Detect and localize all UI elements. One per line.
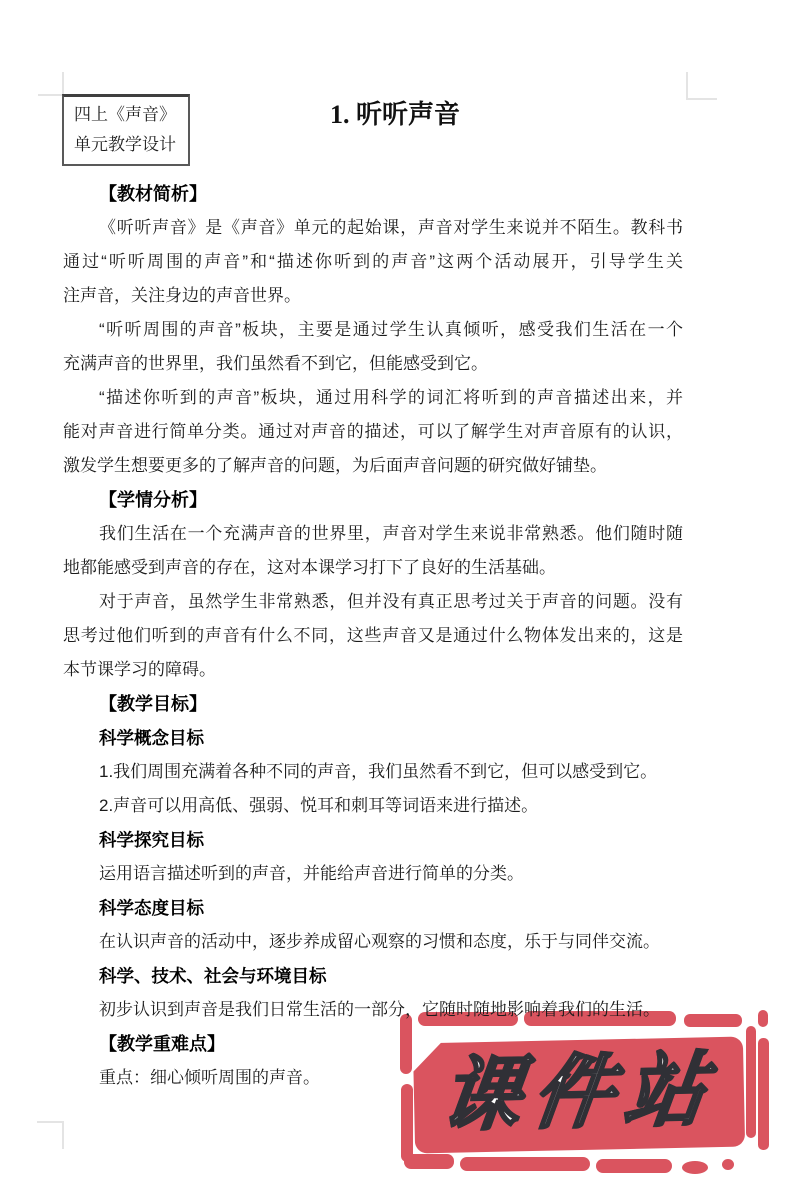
body-line: “描述你听到的声音”板块，通过用科学的词汇将听到的声音描述出来，并 (63, 381, 683, 415)
crop-mark-top-left-horizontal (38, 94, 64, 96)
unit-label-line1: 四上《声音》 (74, 100, 182, 130)
stamp-border-segment (684, 1014, 742, 1027)
body-line: 重点：细心倾听周围的声音。 (63, 1061, 683, 1095)
subsection-heading: 科学探究目标 (63, 823, 683, 857)
body-line: 初步认识到声音是我们日常生活的一部分，它随时随地影响着我们的生活。 (63, 993, 683, 1027)
body-line: “听听周围的声音”板块，主要是通过学生认真倾听，感受我们生活在一个 (63, 313, 683, 347)
section-heading: 【教学目标】 (63, 687, 683, 721)
body-line: 本节课学习的障碍。 (63, 653, 683, 687)
crop-mark-top-left-vertical (62, 72, 64, 96)
body-line: 《听听声音》是《声音》单元的起始课，声音对学生来说并不陌生。教科书 (63, 211, 683, 245)
crop-mark-bottom-left-vertical (62, 1121, 64, 1149)
body-line: 通过“听听周围的声音”和“描述你听到的声音”这两个活动展开，引导学生关 (63, 245, 683, 279)
crop-mark-top-right-vertical (686, 72, 688, 100)
body-line: 我们生活在一个充满声音的世界里，声音对学生来说非常熟悉。他们随时随 (63, 517, 683, 551)
body-line: 运用语言描述听到的声音，并能给声音进行简单的分类。 (63, 857, 683, 891)
subsection-heading: 科学、技术、社会与环境目标 (63, 959, 683, 993)
crop-mark-bottom-left-horizontal (37, 1121, 64, 1123)
crop-mark-top-right-horizontal (686, 98, 717, 100)
document-body: 【教材简析】 《听听声音》是《声音》单元的起始课，声音对学生来说并不陌生。教科书… (63, 177, 683, 1095)
stamp-border-dot (682, 1161, 708, 1174)
stamp-border-dot (722, 1159, 734, 1170)
section-heading: 【教材简析】 (63, 177, 683, 211)
stamp-border-segment (758, 1038, 769, 1150)
body-line: 激发学生想要更多的了解声音的问题，为后面声音问题的研究做好铺垫。 (63, 449, 683, 483)
body-line: 1.我们周围充满着各种不同的声音，我们虽然看不到它，但可以感受到它。 (63, 755, 683, 789)
body-line: 充满声音的世界里，我们虽然看不到它，但能感受到它。 (63, 347, 683, 381)
subsection-heading: 科学概念目标 (63, 721, 683, 755)
subsection-heading: 科学态度目标 (63, 891, 683, 925)
section-heading: 【学情分析】 (63, 483, 683, 517)
body-line: 思考过他们听到的声音有什么不同，这些声音又是通过什么物体发出来的，这是 (63, 619, 683, 653)
body-line: 2.声音可以用高低、强弱、悦耳和刺耳等词语来进行描述。 (63, 789, 683, 823)
body-line: 在认识声音的活动中，逐步养成留心观察的习惯和态度，乐于与同伴交流。 (63, 925, 683, 959)
body-line: 地都能感受到声音的存在，这对本课学习打下了良好的生活基础。 (63, 551, 683, 585)
document-page: 课件站 四上《声音》 单元教学设计 1. 听听声音 【教材简析】 《听听声音》是… (0, 0, 800, 1200)
stamp-border-segment (596, 1159, 672, 1173)
stamp-border-segment (758, 1010, 768, 1027)
section-heading: 【教学重难点】 (63, 1027, 683, 1061)
body-line: 能对声音进行简单分类。通过对声音的描述，可以了解学生对声音原有的认识， (63, 415, 683, 449)
unit-label-line2: 单元教学设计 (74, 130, 182, 160)
body-line: 注声音，关注身边的声音世界。 (63, 279, 683, 313)
body-line: 对于声音，虽然学生非常熟悉，但并没有真正思考过关于声音的问题。没有 (63, 585, 683, 619)
stamp-border-segment (460, 1157, 590, 1171)
unit-label-box: 四上《声音》 单元教学设计 (62, 94, 190, 166)
